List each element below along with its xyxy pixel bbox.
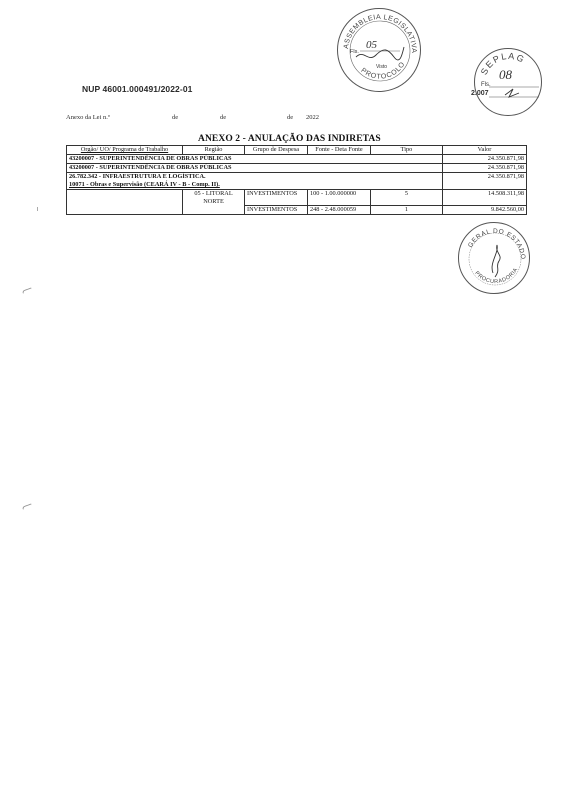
header-tipo: Tipo: [371, 146, 443, 155]
row-grupo: INVESTIMENTOS: [245, 190, 308, 206]
law-year: 2022: [306, 114, 319, 121]
stamp-ring-icon: GERAL DO ESTADO PROCURADORIA: [459, 223, 531, 295]
row-uo-label: 43200007 - SUPERINTENDÊNCIA DE OBRAS PÚB…: [67, 164, 443, 173]
law-annex-label: Anexo da Lei n.º: [66, 114, 110, 121]
seplag-stamp: SEPLAG Fls. 08 2.007: [474, 48, 542, 116]
svg-text:PROCURADORIA: PROCURADORIA: [473, 267, 519, 285]
row-program: 26.782.342 - INFRAESTRUTURA E LOGÍSTICA.…: [67, 173, 443, 190]
stamp-fls-label: Fls.: [481, 82, 491, 88]
row-valor: 24.350.871,98: [443, 155, 527, 164]
margin-mark: [22, 287, 32, 293]
nup-number: NUP 46001.000491/2022-01: [82, 84, 192, 94]
row-org-label: 43200007 - SUPERINTENDÊNCIA DE OBRAS PÚB…: [67, 155, 443, 164]
header-orgao: Orgão/ UO/ Programa de Trabalho: [67, 146, 183, 155]
row-program-label: 26.782.342 - INFRAESTRUTURA E LOGÍSTICA.: [69, 173, 440, 181]
table-row: 26.782.342 - INFRAESTRUTURA E LOGÍSTICA.…: [67, 173, 527, 190]
row-valor: 24.350.871,98: [443, 173, 527, 190]
table-row: 05 - LITORAL NORTE INVESTIMENTOS 100 - 1…: [67, 190, 527, 206]
assembleia-protocol-stamp: ASSEMBLEIA LEGISLATIVA DO CEARÁ PROTOCOL…: [337, 8, 421, 92]
pge-stamp: GERAL DO ESTADO PROCURADORIA: [458, 222, 530, 294]
annulment-table: Orgão/ UO/ Programa de Trabalho Região G…: [66, 145, 527, 215]
table-header-row: Orgão/ UO/ Programa de Trabalho Região G…: [67, 146, 527, 155]
row-regiao: 05 - LITORAL NORTE: [183, 190, 245, 215]
law-date-de-1: de: [172, 114, 178, 121]
row-valor: 24.350.871,98: [443, 164, 527, 173]
scan-artifact: [37, 207, 38, 211]
header-regiao: Região: [183, 146, 245, 155]
header-grupo-despesa: Grupo de Despesa: [245, 146, 308, 155]
table-row: 43200007 - SUPERINTENDÊNCIA DE OBRAS PÚB…: [67, 164, 527, 173]
annex-title: ANEXO 2 - ANULAÇÃO DAS INDIRETAS: [198, 134, 381, 144]
margin-mark: [22, 503, 32, 509]
row-valor: 14.508.311,98: [443, 190, 527, 206]
row-fonte: 248 - 2.48.000059: [308, 206, 371, 215]
signature-icon: [356, 47, 404, 60]
stamp-fls-number: 05: [366, 39, 377, 51]
stamp-fls-label: Fls.: [350, 49, 359, 55]
row-empty-cell: [67, 190, 183, 215]
stamp-fls-number: 08: [499, 67, 512, 83]
table-row: 43200007 - SUPERINTENDÊNCIA DE OBRAS PÚB…: [67, 155, 527, 164]
row-tipo: 1: [371, 206, 443, 215]
svg-text:ASSEMBLEIA LEGISLATIVA DO CEAR: ASSEMBLEIA LEGISLATIVA DO CEARÁ: [338, 9, 417, 53]
row-grupo: INVESTIMENTOS: [245, 206, 308, 215]
law-date-de-3: de: [287, 114, 293, 121]
header-fonte: Fonte - Deta Fonte: [308, 146, 371, 155]
stamp-visto-label: Visto: [376, 64, 387, 70]
stamp-code: 2.007: [471, 90, 489, 97]
row-fonte: 100 - 1.00.000000: [308, 190, 371, 206]
signature-icon: [492, 245, 500, 277]
header-valor: Valor: [443, 146, 527, 155]
law-date-de-2: de: [220, 114, 226, 121]
signature-icon: [505, 89, 519, 97]
svg-text:GERAL DO ESTADO: GERAL DO ESTADO: [467, 228, 526, 260]
row-valor: 9.842.560,00: [443, 206, 527, 215]
row-action-label: 10071 - Obras e Supervisão (CEARÁ IV - B…: [69, 181, 440, 189]
row-tipo: 5: [371, 190, 443, 206]
